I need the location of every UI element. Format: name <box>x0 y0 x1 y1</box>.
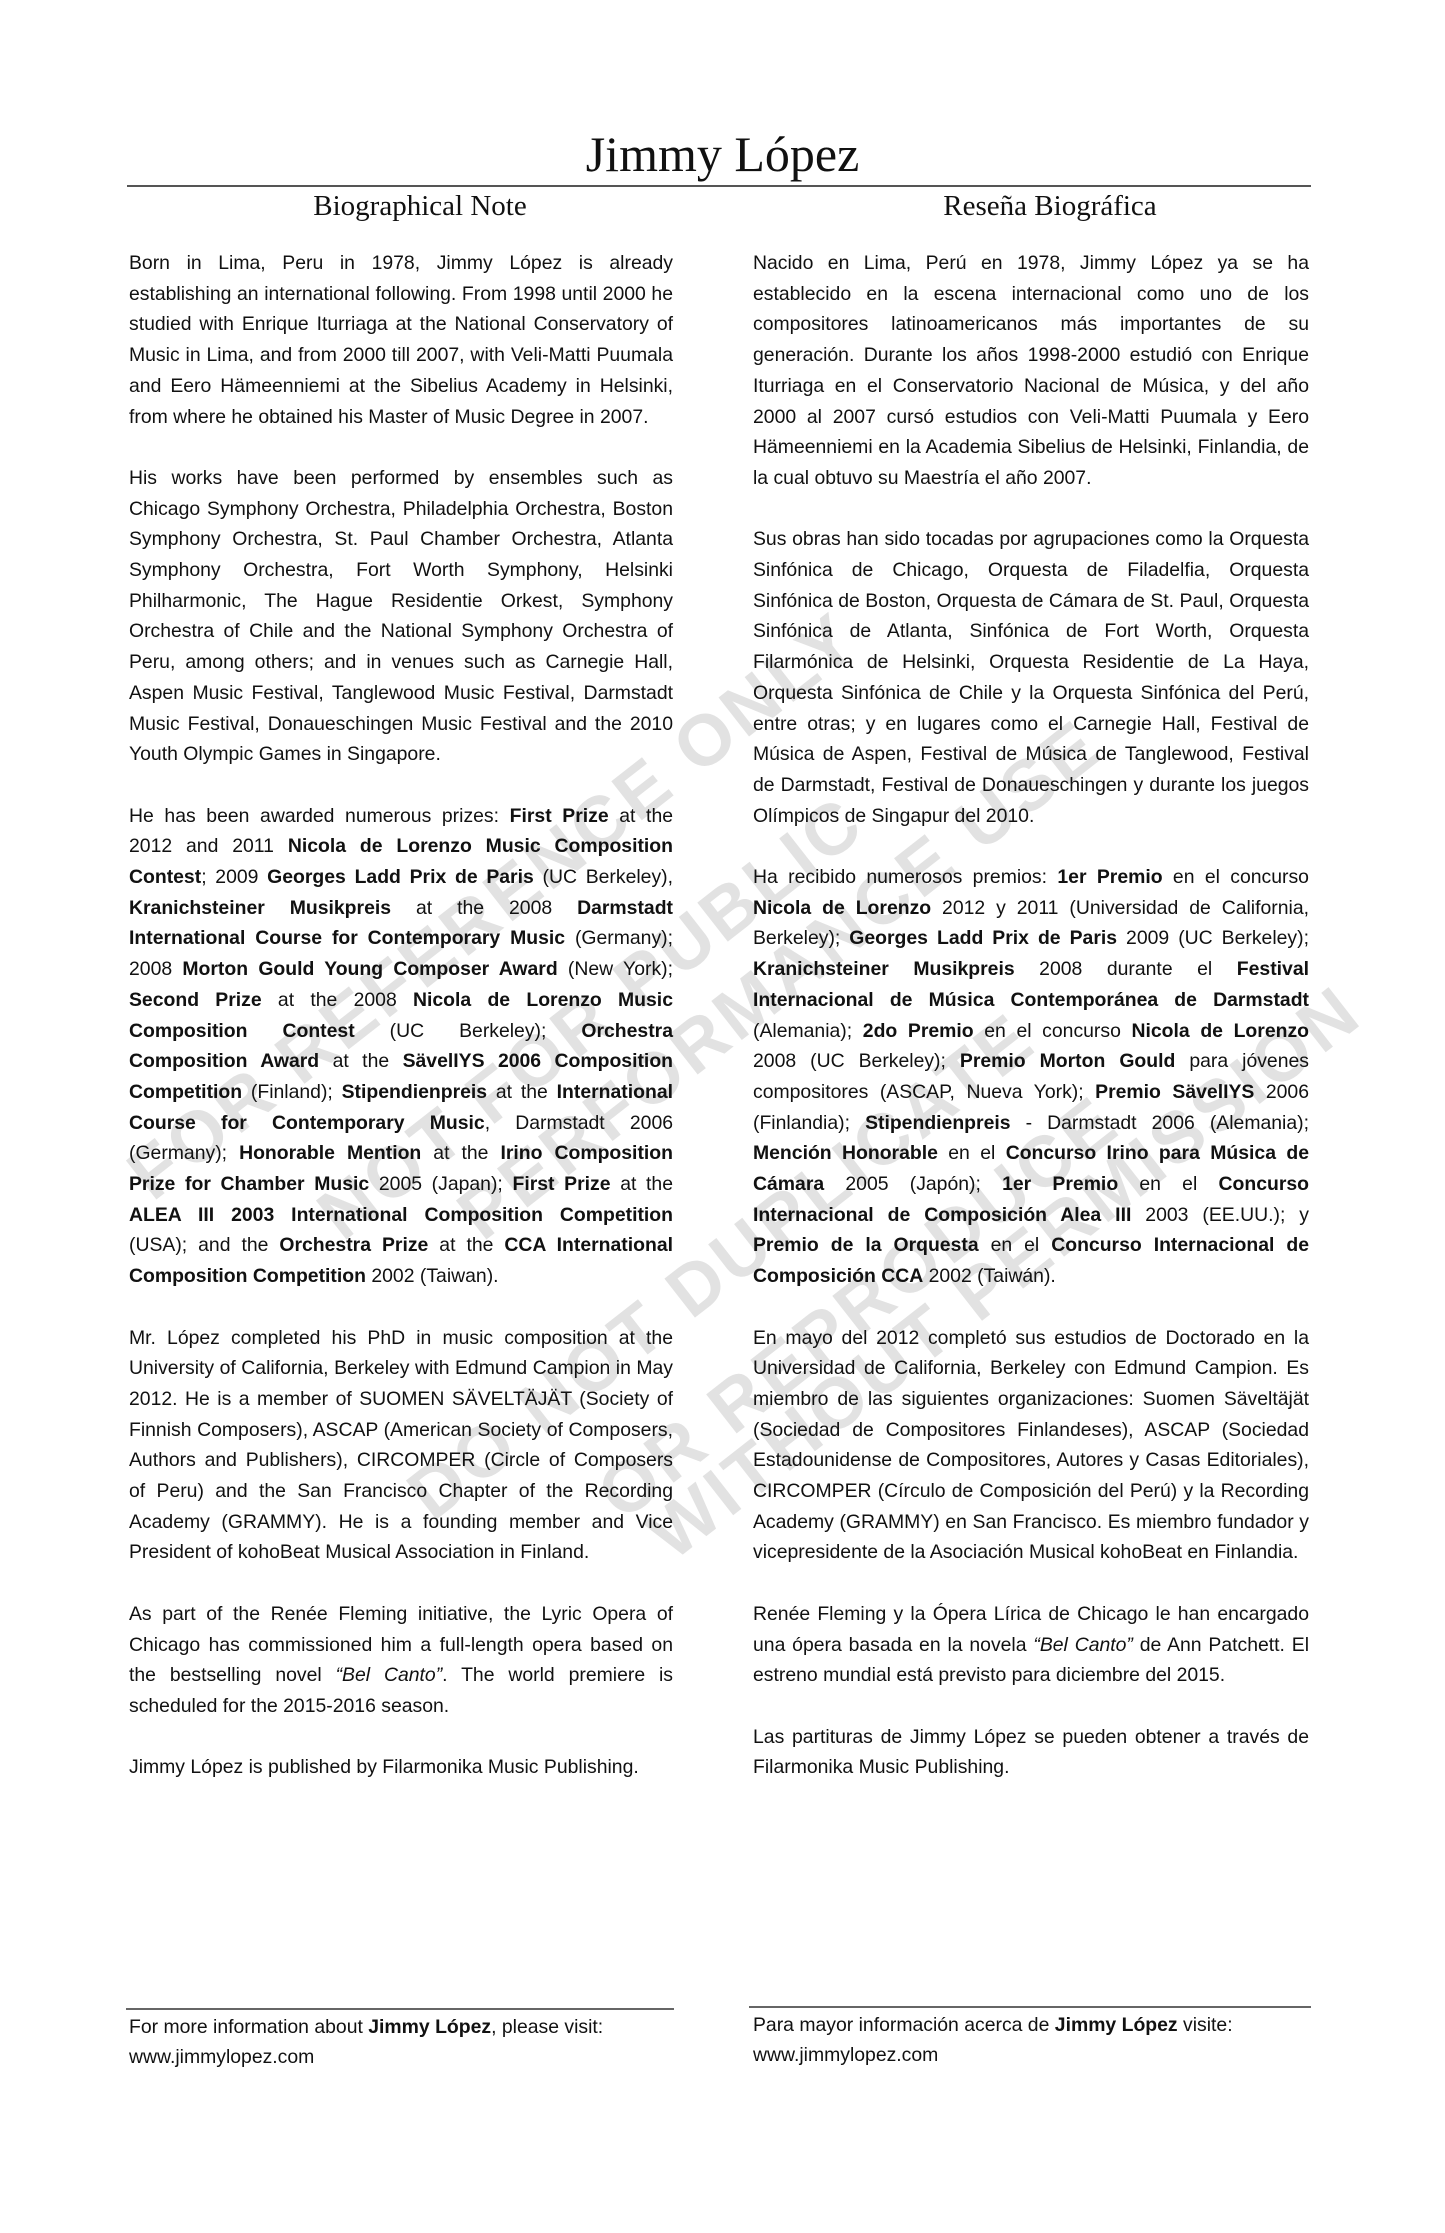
footer-text: Para mayor información acerca de <box>753 2014 1055 2036</box>
en-paragraph-origins: Born in Lima, Peru in 1978, Jimmy López … <box>129 248 673 432</box>
footer-text: visite: <box>1178 2014 1233 2036</box>
es-paragraph-education: En mayo del 2012 completó sus estudios d… <box>753 1323 1309 1569</box>
spanish-footer-divider <box>749 2006 1311 2008</box>
page-title: Jimmy López <box>0 124 1445 184</box>
english-footer-divider <box>126 2008 674 2010</box>
es-paragraph-opera: Renée Fleming y la Ópera Lírica de Chica… <box>753 1599 1309 1691</box>
footer-name: Jimmy López <box>1055 2014 1178 2036</box>
footer-text: For more information about <box>129 2016 368 2038</box>
english-heading: Biographical Note <box>220 186 620 226</box>
es-paragraph-performances: Sus obras han sido tocadas por agrupacio… <box>753 524 1309 831</box>
en-paragraph-education: Mr. López completed his PhD in music com… <box>129 1323 673 1569</box>
es-paragraph-publisher: Las partituras de Jimmy López se pueden … <box>753 1722 1309 1783</box>
footer-name: Jimmy López <box>368 2016 491 2038</box>
spanish-footer: Para mayor información acerca de Jimmy L… <box>753 2010 1313 2070</box>
spanish-column: Nacido en Lima, Perú en 1978, Jimmy Lópe… <box>753 248 1309 1814</box>
website-link[interactable]: www.jimmylopez.com <box>753 2040 1313 2070</box>
es-paragraph-awards: Ha recibido numerosos premios: 1er Premi… <box>753 862 1309 1292</box>
footer-text: , please visit: <box>491 2016 603 2038</box>
en-paragraph-publisher: Jimmy López is published by Filarmonika … <box>129 1752 673 1783</box>
website-link[interactable]: www.jimmylopez.com <box>129 2042 689 2072</box>
english-column: Born in Lima, Peru in 1978, Jimmy López … <box>129 248 673 1814</box>
en-paragraph-performances: His works have been performed by ensembl… <box>129 463 673 770</box>
english-footer: For more information about Jimmy López, … <box>129 2012 689 2072</box>
en-paragraph-awards: He has been awarded numerous prizes: Fir… <box>129 801 673 1292</box>
bio-page: FOR REFERENCE ONLY NOT FOR PUBLIC PERFOR… <box>0 0 1445 2233</box>
es-paragraph-origins: Nacido en Lima, Perú en 1978, Jimmy Lópe… <box>753 248 1309 494</box>
spanish-heading: Reseña Biográfica <box>850 186 1250 226</box>
en-paragraph-opera: As part of the Renée Fleming initiative,… <box>129 1599 673 1722</box>
